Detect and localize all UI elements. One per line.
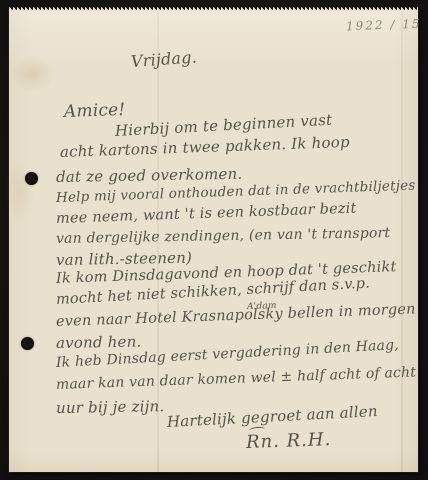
body-line: even naar Hotel Krasnapolsky bellen in m…: [56, 301, 416, 330]
letter-page: 1922 / 15 Vrijdag. Amice! Hierbij om te …: [9, 11, 418, 472]
body-line: dat ze goed overkomen.: [56, 165, 243, 186]
paper-crease: [401, 11, 403, 472]
paper-stain: [5, 161, 35, 221]
body-line: van dergelijke zendingen, (en van 't tra…: [56, 225, 391, 247]
body-line: mee neem, want 't is een kostbaar bezit: [56, 201, 357, 227]
archive-note: 1922 / 15: [346, 17, 422, 34]
body-line: maar kan van daar komen wel ± half acht …: [56, 364, 417, 393]
body-line: uur bij je zijn.: [56, 397, 165, 417]
body-line: avond hen.: [56, 333, 142, 352]
letter-heading: Vrijdag.: [130, 47, 197, 71]
salutation: Amice!: [64, 100, 126, 122]
punch-hole: [25, 172, 38, 185]
photo-background: 1922 / 15 Vrijdag. Amice! Hierbij om te …: [0, 0, 428, 480]
paper-stain: [11, 55, 55, 93]
closing-line: Hartelijk gegroet aan allen: [167, 402, 379, 431]
signature: Rn. R.H.: [246, 429, 332, 453]
punch-hole: [21, 337, 34, 350]
body-line: acht kartons in twee pakken. Ik hoop: [60, 133, 350, 161]
